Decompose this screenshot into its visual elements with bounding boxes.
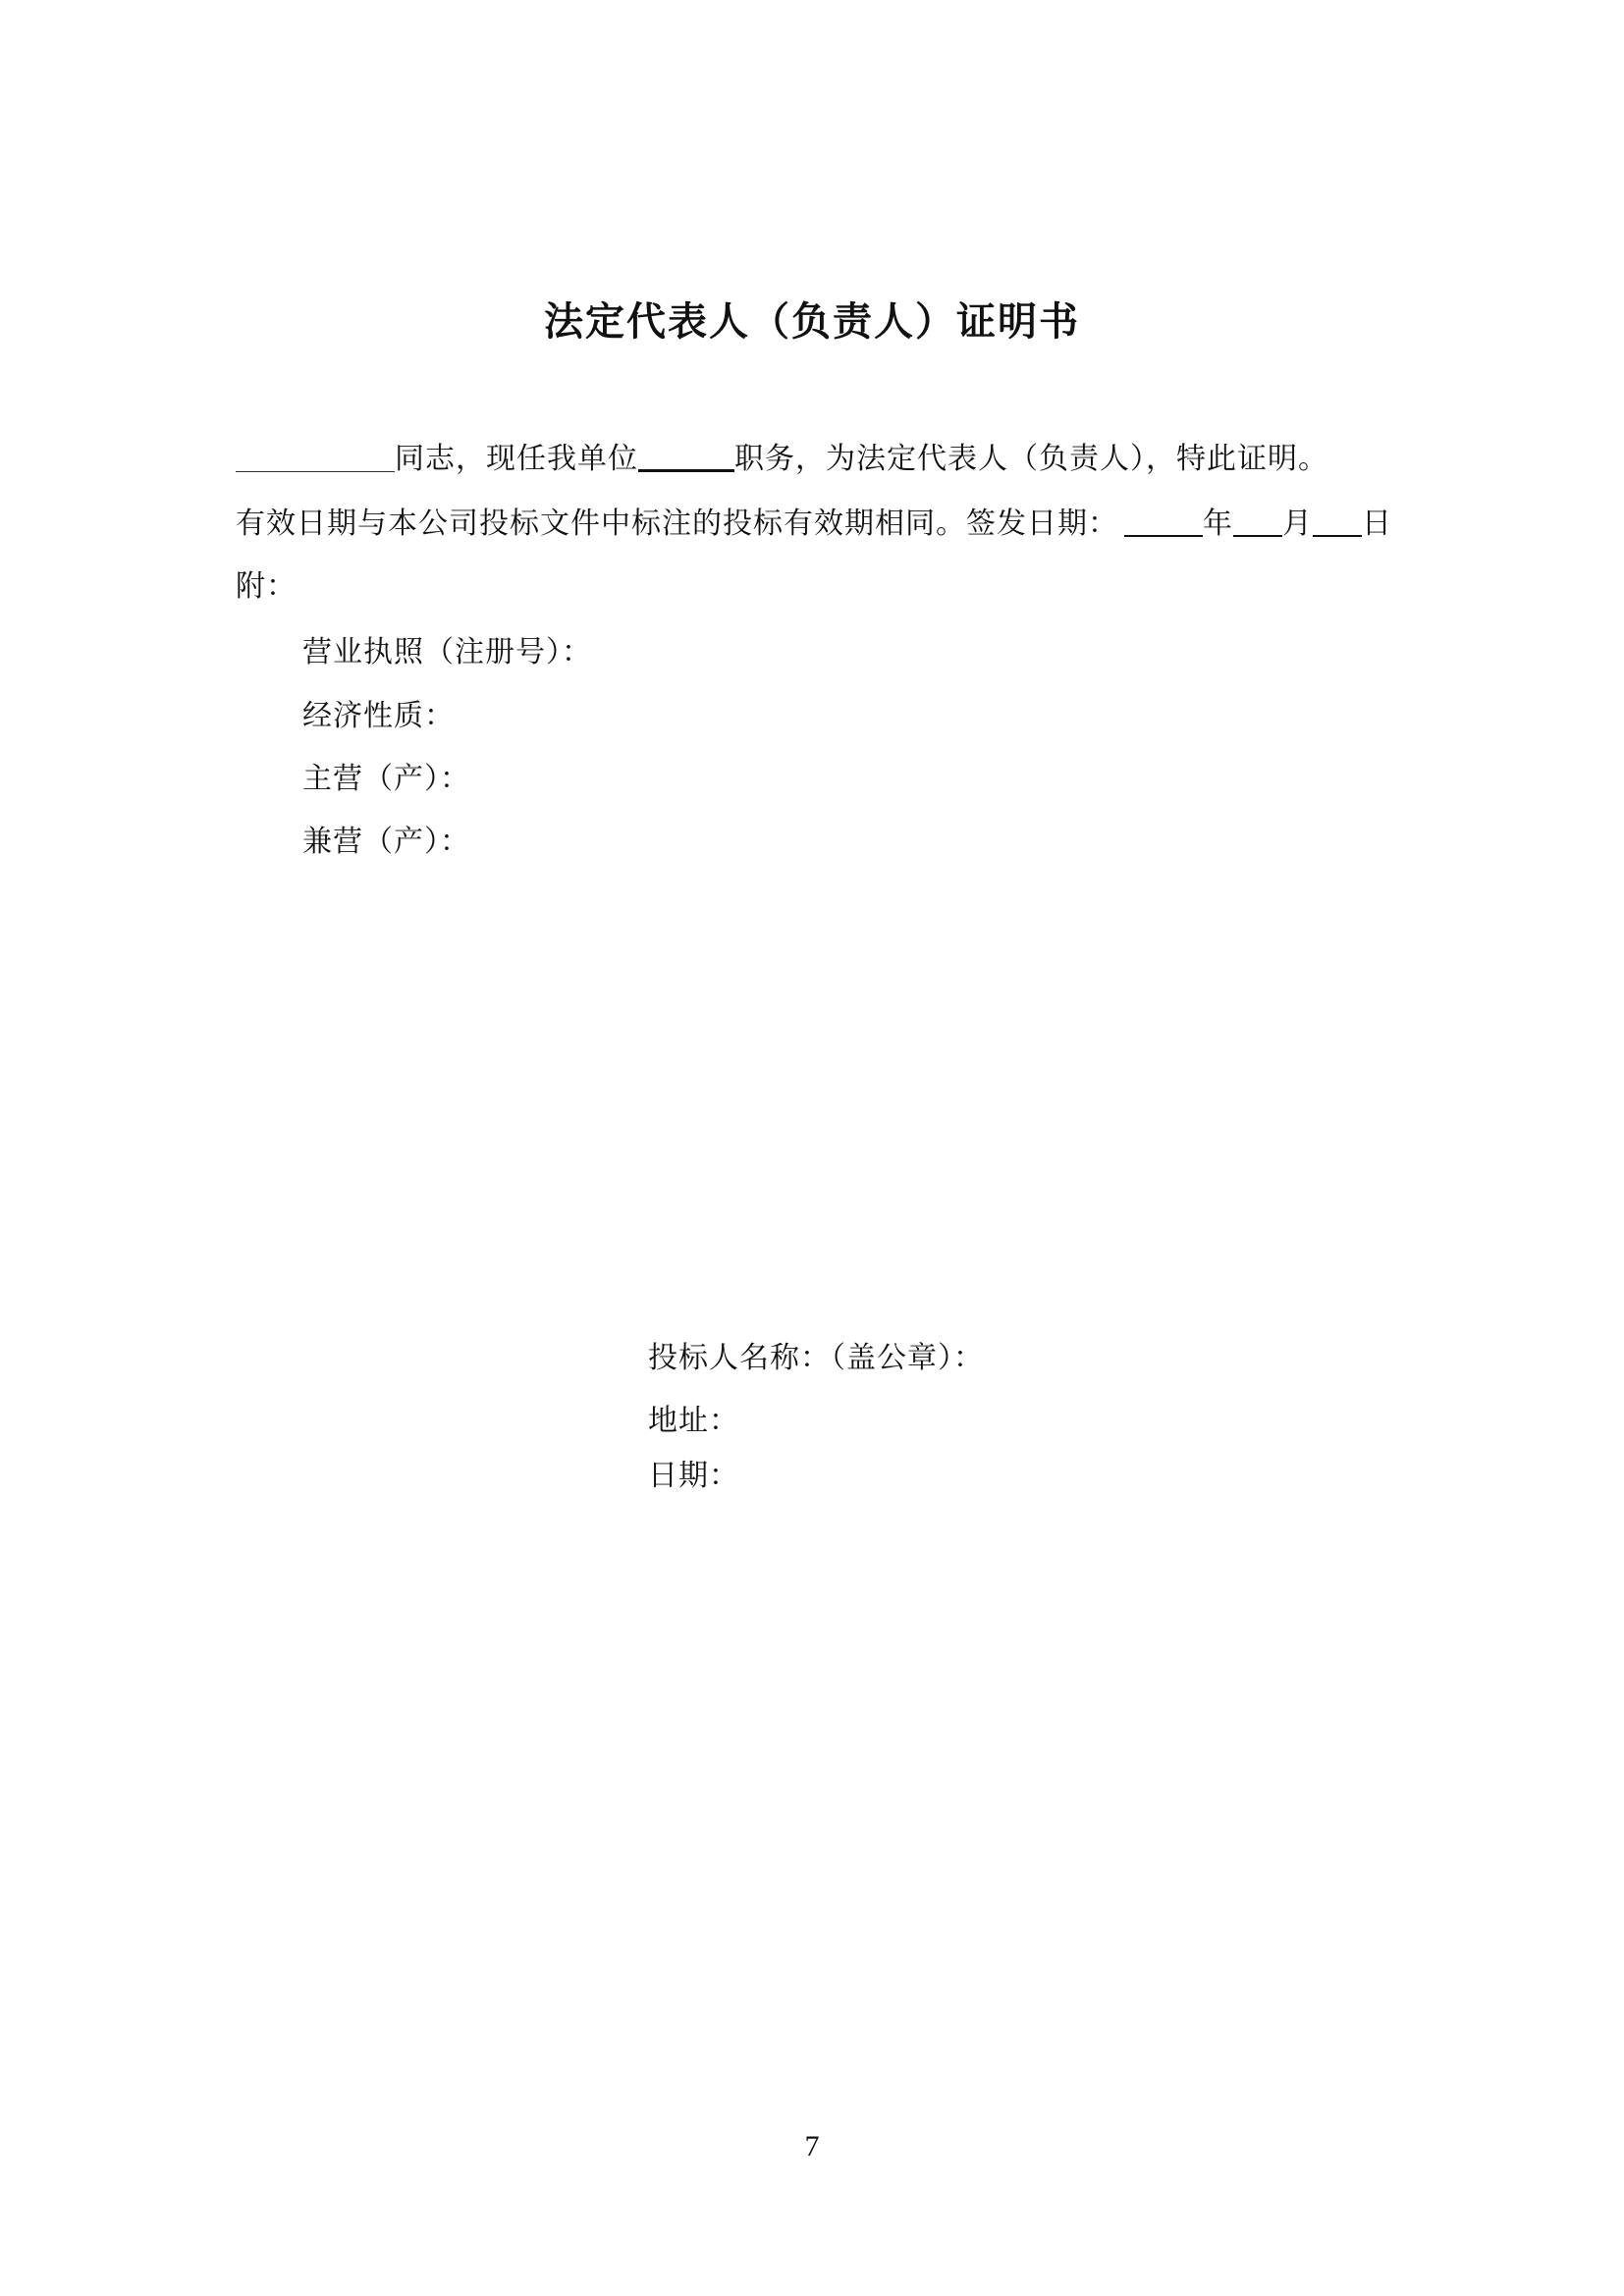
attachment-business-license: 营业执照（注册号）： (302, 631, 592, 674)
bidder-name-field: 投标人名称：（盖公章）： (648, 1337, 984, 1380)
name-blank[interactable] (236, 467, 395, 468)
attachments-heading: 附： (236, 565, 297, 609)
paragraph-line-1: 同志，现任我单位职务，为法定代表人（负责人），特此证明。 (236, 438, 1328, 481)
document-title: 法定代表人（负责人）证明书 (0, 294, 1624, 349)
attachment-side-business: 兼营（产）： (302, 821, 470, 864)
address-field: 地址： (648, 1400, 739, 1443)
month-label: 月 (1282, 507, 1313, 541)
month-blank[interactable] (1233, 532, 1282, 533)
position-blank[interactable] (638, 467, 734, 468)
page-number: 7 (0, 2130, 1624, 2163)
year-blank[interactable] (1124, 532, 1203, 533)
paragraph-line-2: 有效日期与本公司投标文件中标注的投标有效期相同。签发日期：年月日 (236, 503, 1392, 546)
day-label: 日 (1362, 507, 1392, 541)
document-page: 法定代表人（负责人）证明书 同志，现任我单位职务，为法定代表人（负责人），特此证… (0, 0, 1624, 2296)
line2-text: 有效日期与本公司投标文件中标注的投标有效期相同。签发日期： (236, 507, 1118, 541)
day-blank[interactable] (1313, 532, 1362, 533)
attachment-economic-nature: 经济性质： (302, 695, 455, 738)
line1-text-b: 职务，为法定代表人（负责人），特此证明。 (734, 442, 1328, 476)
line1-text-a: 同志，现任我单位 (395, 442, 638, 476)
date-field: 日期： (648, 1455, 739, 1498)
year-label: 年 (1203, 507, 1233, 541)
attachment-main-business: 主营（产）： (302, 758, 470, 801)
